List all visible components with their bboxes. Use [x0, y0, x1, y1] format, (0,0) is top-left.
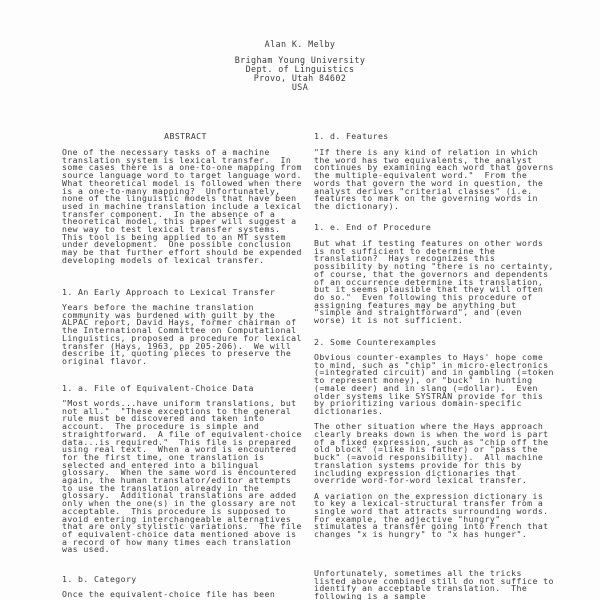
section-1a-heading: 1. a. File of Equivalent-Choice Data	[62, 385, 254, 393]
affiliation-line: USA	[0, 83, 600, 92]
section-2-heading: 2. Some Counterexamples	[314, 339, 437, 347]
abstract-heading: ABSTRACT	[62, 133, 309, 141]
section-1b-heading: 1. b. Category	[62, 576, 137, 584]
scanned-paper-page: Alan K. Melby Brigham Young University D…	[0, 0, 600, 600]
section-1d-heading: 1. d. Features	[314, 133, 389, 141]
section-1e-text: But what if testing features on other wo…	[314, 240, 554, 325]
author-name: Alan K. Melby	[0, 40, 600, 49]
abstract-text: One of the necessary tasks of a machine …	[62, 149, 302, 265]
section-1e-heading: 1. e. End of Procedure	[314, 224, 431, 232]
section-1d-text: "If there is any kind of relation in whi…	[314, 149, 554, 211]
section-1a-text: "Most words...have uniform translations,…	[62, 400, 302, 554]
section-1b-text: Once the equivalent-choice file has been	[62, 591, 275, 599]
section-2-text: Obvious counter-examples to Hays' hope c…	[314, 354, 554, 539]
section-1-heading: 1. An Early Approach to Lexical Transfer	[62, 289, 275, 297]
section-1-text: Years before the machine translation com…	[62, 304, 302, 366]
section-2-text-continued: Unfortunately, sometimes all the tricks …	[314, 570, 554, 600]
